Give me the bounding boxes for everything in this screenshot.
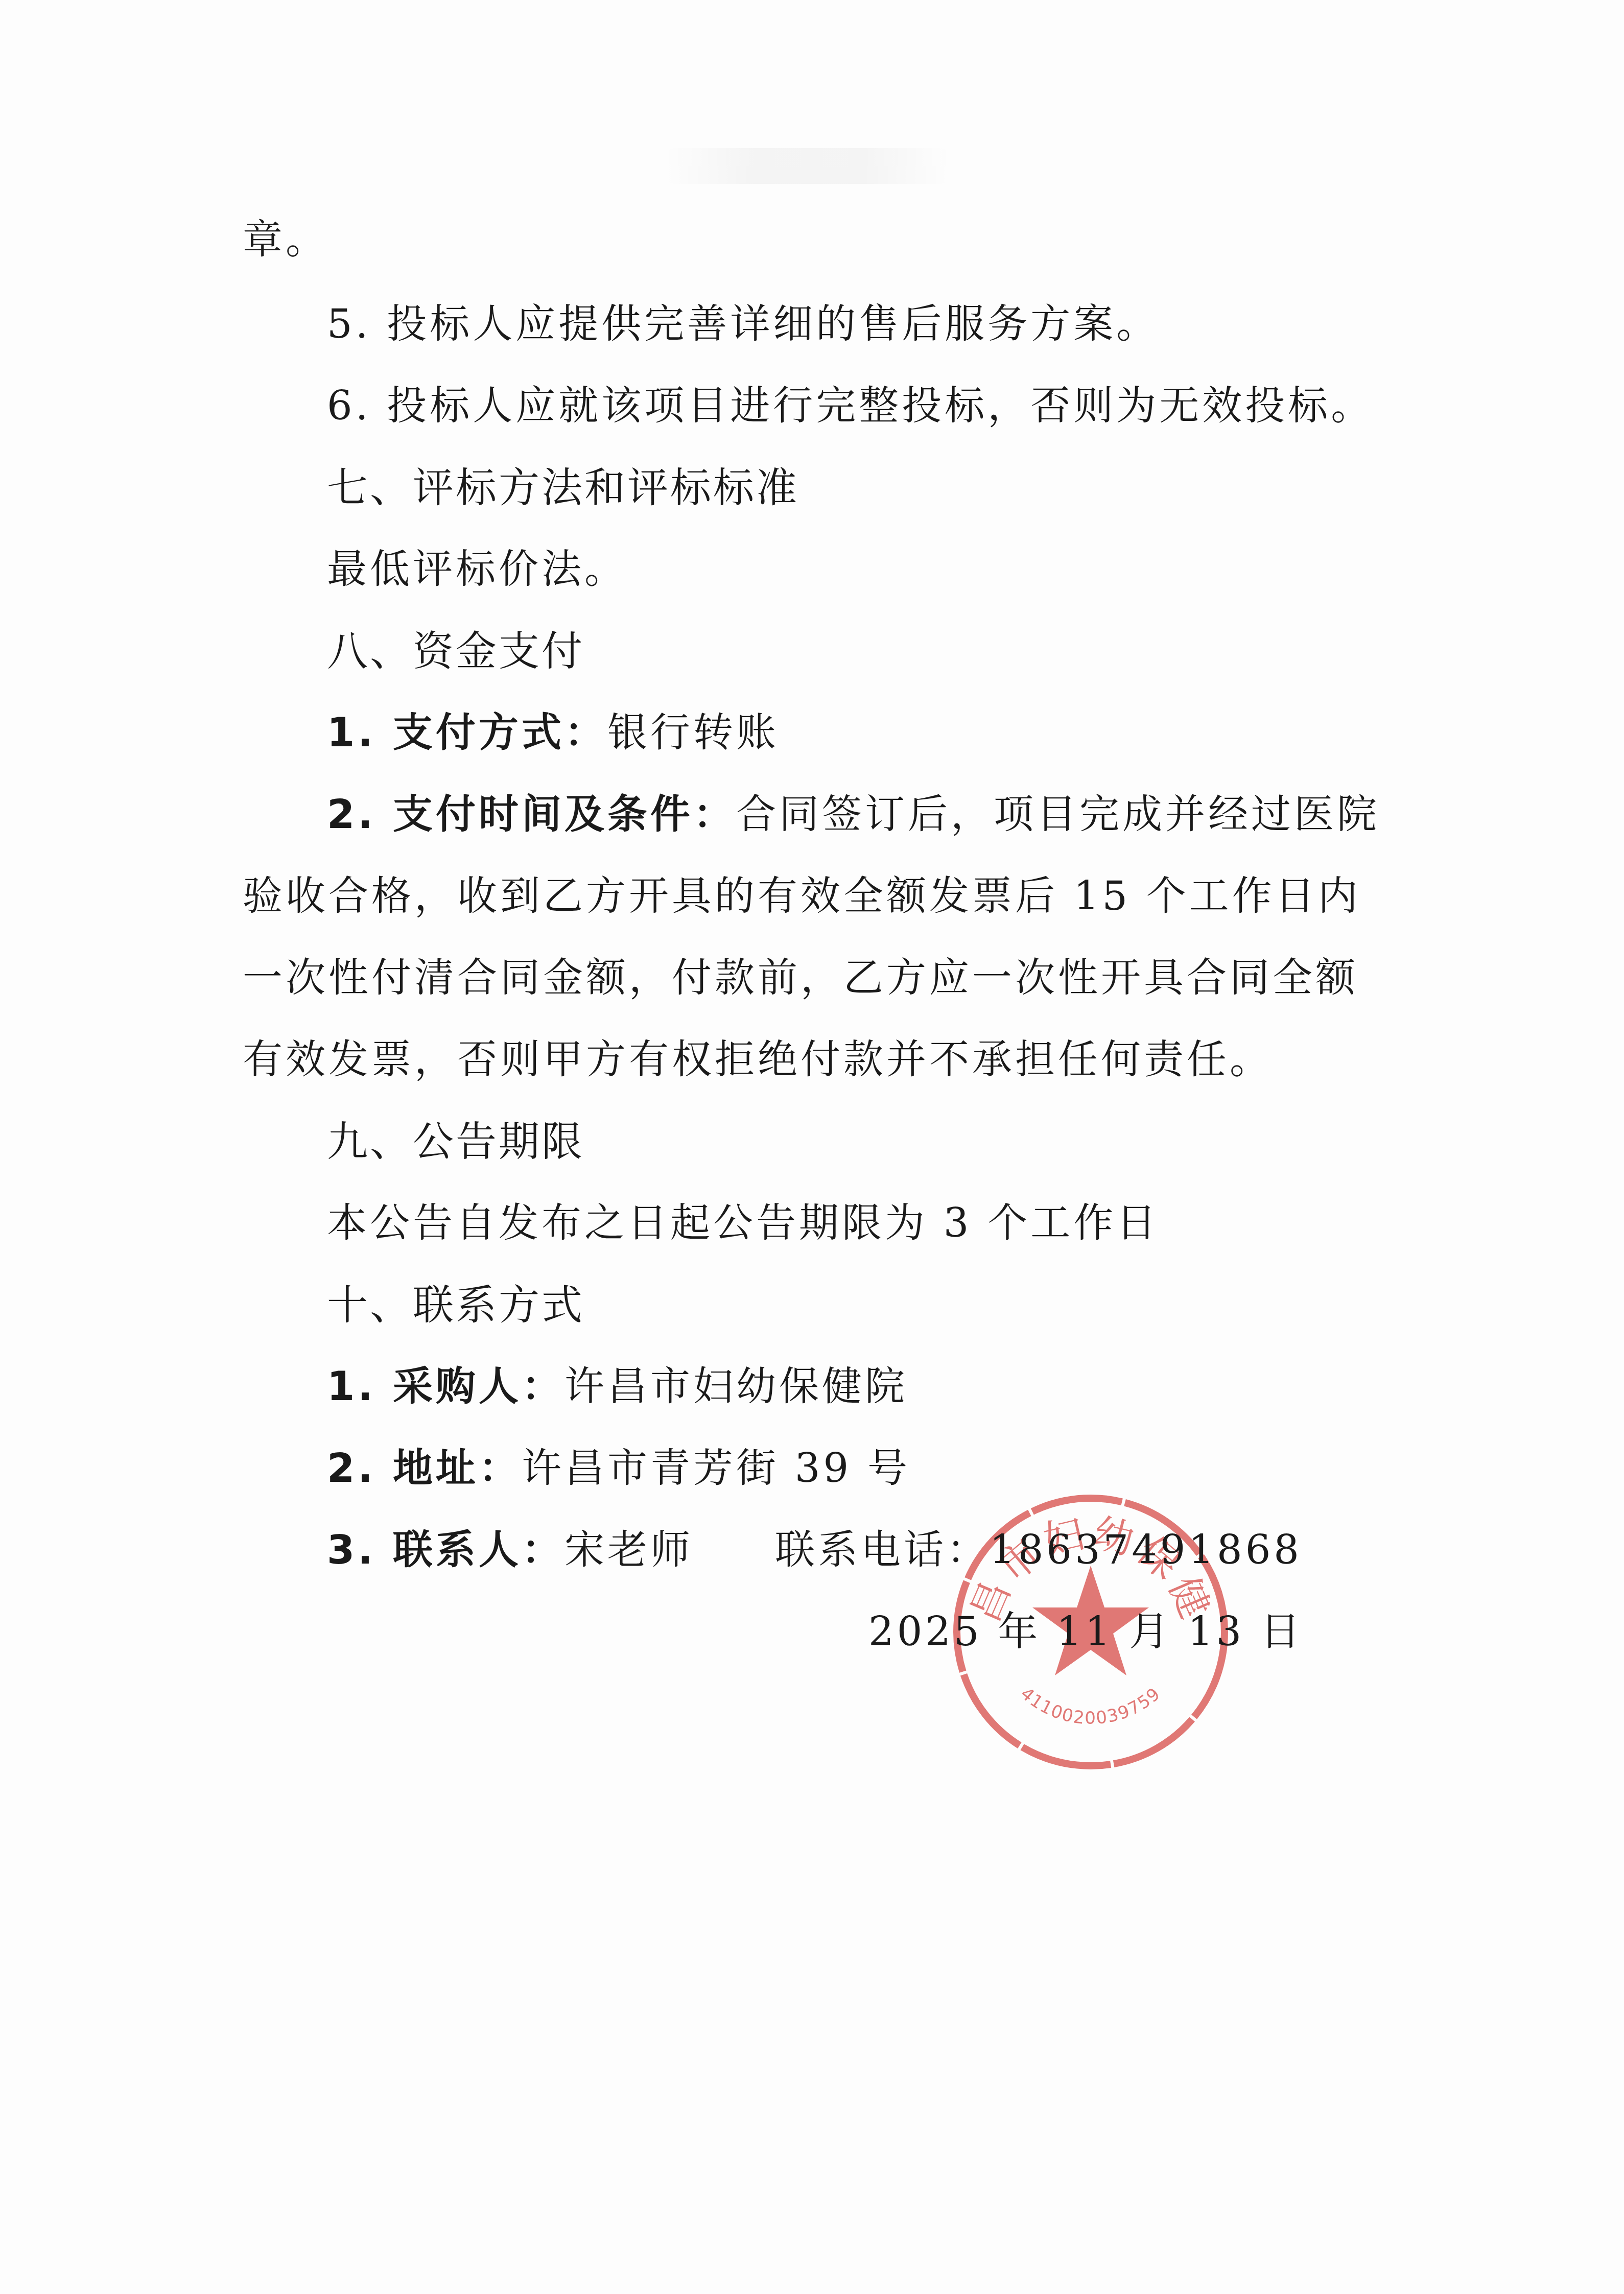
phone-label: 联系电话： — [775, 1527, 990, 1573]
address-label: 2. 地址： — [327, 1446, 522, 1492]
payment-method-value: 银行转账 — [607, 710, 779, 756]
payment-terms-line-2: 验收合格，收到乙方开具的有效全额发票后 15 个工作日内 — [243, 871, 1361, 922]
section-7-body: 最低评标价法。 — [327, 544, 627, 595]
contact-label: 3. 联系人： — [327, 1527, 564, 1573]
payment-terms-label: 2. 支付时间及条件： — [327, 792, 736, 838]
payment-terms-line-1: 合同签订后，项目完成并经过医院 — [736, 792, 1380, 838]
contact-row: 3. 联系人：宋老师联系电话：18637491868 — [327, 1525, 1302, 1576]
payment-method-label: 1. 支付方式： — [327, 710, 607, 756]
payment-terms-line-3: 一次性付清合同金额，付款前，乙方应一次性开具合同全额 — [243, 953, 1358, 1004]
continuation-text: 章。 — [243, 215, 328, 266]
requirement-5: 5. 投标人应提供完善详细的售后服务方案。 — [327, 299, 1159, 350]
section-8-heading: 八、资金支付 — [327, 626, 584, 677]
phone-value: 18637491868 — [990, 1527, 1302, 1573]
payment-method-row: 1. 支付方式：银行转账 — [327, 707, 779, 759]
requirement-6: 6. 投标人应就该项目进行完整投标，否则为无效投标。 — [327, 381, 1374, 432]
address-value: 许昌市青芳街 39 号 — [522, 1446, 910, 1492]
seal-code-text: 4110020039759 — [1017, 1683, 1165, 1729]
purchaser-row: 1. 采购人：许昌市妇幼保健院 — [327, 1361, 908, 1412]
payment-terms-line-4: 有效发票，否则甲方有权拒绝付款并不承担任何责任。 — [243, 1034, 1273, 1085]
section-9-heading: 九、公告期限 — [327, 1116, 584, 1167]
section-10-heading: 十、联系方式 — [327, 1280, 584, 1331]
faint-header-bleedthrough — [664, 148, 950, 184]
address-row: 2. 地址：许昌市青芳街 39 号 — [327, 1443, 910, 1494]
section-9-body: 本公告自发布之日起公告期限为 3 个工作日 — [327, 1198, 1159, 1249]
purchaser-label: 1. 采购人： — [327, 1364, 564, 1410]
signature-date: 2025 年 11 月 13 日 — [868, 1606, 1303, 1658]
contact-value: 宋老师 — [564, 1527, 693, 1573]
payment-terms-row: 2. 支付时间及条件：合同签订后，项目完成并经过医院 — [327, 789, 1380, 840]
purchaser-value: 许昌市妇幼保健院 — [564, 1364, 908, 1410]
section-7-heading: 七、评标方法和评标标准 — [327, 462, 799, 513]
document-page: 章。 5. 投标人应提供完善详细的售后服务方案。 6. 投标人应就该项目进行完整… — [0, 0, 1624, 2294]
